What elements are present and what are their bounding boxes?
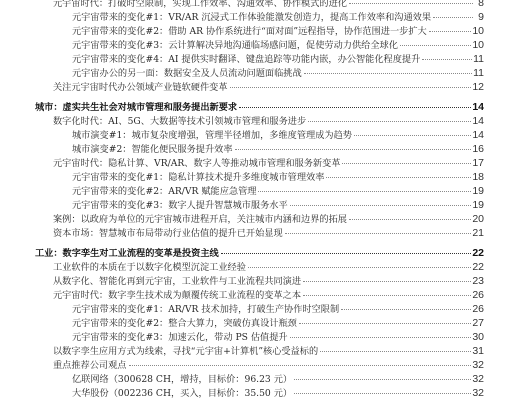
dot-leader bbox=[304, 73, 472, 74]
toc-entry-title: 资本市场：智慧城市布局带动行业估值的提升已开始显现 bbox=[53, 227, 283, 241]
dot-leader bbox=[400, 45, 471, 46]
toc-entry-page-number: 26 bbox=[472, 288, 484, 302]
toc-entry-page-number: 14 bbox=[472, 128, 484, 142]
toc-entry-title: 元宇宙带来的变化#3：数字人提升智慧城市服务水平 bbox=[72, 199, 288, 213]
dot-leader bbox=[230, 87, 472, 88]
toc-subsubsection[interactable]: 大华股份（002236 CH，买入，目标价：35.50 元） 32 bbox=[0, 386, 520, 400]
toc-entry-title: 工业软件的本质在于以数字化模型沉淀工业经验 bbox=[53, 261, 246, 275]
toc-entry-page-number: 10 bbox=[472, 24, 484, 38]
dot-leader bbox=[320, 351, 471, 352]
toc-entry-page-number: 8 bbox=[474, 0, 484, 10]
toc-entry-title: 城市演变#2：智能化便民服务提升效率 bbox=[72, 143, 233, 157]
toc-subsection[interactable]: 重点推荐公司观点 32 bbox=[0, 358, 520, 372]
toc-entry-title: 元宇宙带来的变化#1：AR/VR 技术加持，打破生产协作时空限制 bbox=[72, 303, 339, 317]
toc-subsubsection[interactable]: 城市演变#2：智能化便民服务提升效率 16 bbox=[0, 142, 520, 156]
toc-entry-page-number: 10 bbox=[472, 38, 484, 52]
dot-leader bbox=[258, 191, 471, 192]
dot-leader bbox=[308, 121, 471, 122]
toc-subsection[interactable]: 工业软件的本质在于以数字化模型沉淀工业经验 22 bbox=[0, 260, 520, 274]
toc-subsection[interactable]: 数字化时代：AI、5G、大数据等技术引领城市管理和服务进步 14 bbox=[0, 114, 520, 128]
toc-entry-title: 元宇宙带来的变化#2：借助 AR 协作系统进行“面对面”远程指导，协作范围进一步… bbox=[72, 25, 427, 39]
toc-subsubsection[interactable]: 城市演变#1：城市复杂度增强，管理半径增加，多维度管理成为趋势 14 bbox=[0, 128, 520, 142]
toc-entry-page-number: 19 bbox=[472, 198, 484, 212]
dot-leader bbox=[349, 3, 473, 4]
toc-entry-title: 元宇宙带来的变化#1：隐私计算技术提升多维度城市管理效率 bbox=[72, 171, 324, 185]
dot-leader bbox=[349, 219, 471, 220]
toc-section-heading[interactable]: 城市：虚实共生社会对城市管理和服务提出新要求 14 bbox=[0, 100, 520, 114]
dot-leader bbox=[239, 107, 471, 108]
toc-entry-page-number: 21 bbox=[472, 226, 484, 240]
toc-subsubsection[interactable]: 元宇宙带来的变化#2：AR/VR 赋能应急管理 19 bbox=[0, 184, 520, 198]
toc-subsection[interactable]: 元宇宙时代：数字孪生技术成为颠覆传统工业流程的变革之本 26 bbox=[0, 288, 520, 302]
toc-entry-page-number: 17 bbox=[472, 156, 484, 170]
toc-entry-page-number: 32 bbox=[472, 372, 484, 386]
toc-entry-title: 亿联网络（300628 CH，增持，目标价：96.23 元） bbox=[72, 373, 292, 387]
dot-leader bbox=[221, 253, 472, 254]
dot-leader bbox=[248, 267, 471, 268]
toc-subsection[interactable]: 资本市场：智慧城市布局带动行业估值的提升已开始显现 21 bbox=[0, 226, 520, 240]
toc-entry-title: 案例：以政府为单位的元宇宙城市进程开启，关注城市内涵和边界的拓展 bbox=[53, 213, 347, 227]
toc-subsection[interactable]: 元宇宙时代：打破时空限制，实现工作效率、沟通效率、协作模式的进化 8 bbox=[0, 0, 520, 10]
dot-leader bbox=[294, 379, 471, 380]
dot-leader bbox=[294, 393, 471, 394]
toc-subsubsection[interactable]: 元宇宙带来的变化#3：云计算解决异地沟通临场感问题，促使劳动力供给全球化 10 bbox=[0, 38, 520, 52]
toc-subsubsection[interactable]: 元宇宙办公的另一面：数据安全及人员流动问题面临挑战 11 bbox=[0, 66, 520, 80]
toc-entry-title: 城市演变#1：城市复杂度增强，管理半径增加，多维度管理成为趋势 bbox=[72, 129, 352, 143]
toc-entry-title: 重点推荐公司观点 bbox=[53, 359, 127, 373]
toc-entry-page-number: 20 bbox=[472, 212, 484, 226]
toc-entry-page-number: 31 bbox=[472, 344, 484, 358]
toc-subsection[interactable]: 以数字孪生应用方式为线索，寻找“元宇宙+计算机”核心受益标的 31 bbox=[0, 344, 520, 358]
toc-entry-page-number: 19 bbox=[472, 184, 484, 198]
dot-leader bbox=[354, 135, 471, 136]
dot-leader bbox=[303, 281, 471, 282]
toc-entry-page-number: 30 bbox=[472, 330, 484, 344]
toc-subsection[interactable]: 关注元宇宙时代办公领域产业链软硬件变革 12 bbox=[0, 80, 520, 94]
toc-entry-page-number: 14 bbox=[472, 100, 484, 114]
dot-leader bbox=[303, 295, 471, 296]
toc-entry-title: 元宇宙带来的变化#4：AI 提供实时翻译、键盘追踪等功能内嵌，办公智能化程度提升 bbox=[72, 53, 420, 67]
dot-leader bbox=[429, 31, 472, 32]
toc-subsubsection[interactable]: 亿联网络（300628 CH，增持，目标价：96.23 元） 32 bbox=[0, 372, 520, 386]
toc-subsubsection[interactable]: 元宇宙带来的变化#1：隐私计算技术提升多维度城市管理效率 18 bbox=[0, 170, 520, 184]
toc-entry-title: 元宇宙带来的变化#2：整合大算力，突破仿真设计瓶颈 bbox=[72, 317, 297, 331]
toc-subsubsection[interactable]: 元宇宙带来的变化#2：借助 AR 协作系统进行“面对面”远程指导，协作范围进一步… bbox=[0, 24, 520, 38]
toc-subsection[interactable]: 元宇宙时代：隐私计算、VR/AR、数字人等推动城市管理和服务新变革 17 bbox=[0, 156, 520, 170]
dot-leader bbox=[235, 149, 472, 150]
toc-entry-title: 元宇宙带来的变化#3：加速云化，带动 PS 估值提升 bbox=[72, 331, 288, 345]
toc-entry-title: 元宇宙带来的变化#1：VR/AR 沉浸式工作体验能激发创造力，提高工作效率和沟通… bbox=[72, 11, 431, 25]
toc-entry-page-number: 22 bbox=[472, 246, 484, 260]
table-of-contents: 元宇宙时代：打破时空限制，实现工作效率、沟通效率、协作模式的进化 8 元宇宙带来… bbox=[0, 0, 520, 400]
dot-leader bbox=[433, 17, 473, 18]
toc-entry-title: 大华股份（002236 CH，买入，目标价：35.50 元） bbox=[72, 387, 292, 400]
toc-subsection[interactable]: 案例：以政府为单位的元宇宙城市进程开启，关注城市内涵和边界的拓展 20 bbox=[0, 212, 520, 226]
toc-entry-page-number: 32 bbox=[472, 386, 484, 400]
toc-entry-title: 工业：数字孪生对工业流程的变革是投资主线 bbox=[35, 247, 219, 261]
dot-leader bbox=[341, 309, 471, 310]
toc-subsubsection[interactable]: 元宇宙带来的变化#2：整合大算力，突破仿真设计瓶颈 27 bbox=[0, 316, 520, 330]
toc-entry-title: 元宇宙带来的变化#3：云计算解决异地沟通临场感问题，促使劳动力供给全球化 bbox=[72, 39, 398, 53]
toc-entry-title: 元宇宙带来的变化#2：AR/VR 赋能应急管理 bbox=[72, 185, 256, 199]
toc-entry-title: 从数字化、智能化再到元宇宙，工业软件与工业流程共同演进 bbox=[53, 275, 301, 289]
toc-entry-title: 关注元宇宙时代办公领域产业链软硬件变革 bbox=[53, 81, 228, 95]
toc-entry-title: 数字化时代：AI、5G、大数据等技术引领城市管理和服务进步 bbox=[53, 115, 306, 129]
toc-subsubsection[interactable]: 元宇宙带来的变化#3：数字人提升智慧城市服务水平 19 bbox=[0, 198, 520, 212]
toc-entry-page-number: 11 bbox=[473, 52, 484, 66]
toc-entry-title: 元宇宙时代：隐私计算、VR/AR、数字人等推动城市管理和服务新变革 bbox=[53, 157, 340, 171]
toc-entry-page-number: 32 bbox=[472, 358, 484, 372]
toc-entry-page-number: 26 bbox=[472, 302, 484, 316]
dot-leader bbox=[129, 365, 472, 366]
toc-entry-page-number: 14 bbox=[472, 114, 484, 128]
toc-entry-page-number: 12 bbox=[472, 80, 484, 94]
toc-entry-page-number: 23 bbox=[472, 274, 484, 288]
dot-leader bbox=[299, 323, 471, 324]
toc-subsubsection[interactable]: 元宇宙带来的变化#3：加速云化，带动 PS 估值提升 30 bbox=[0, 330, 520, 344]
dot-leader bbox=[422, 59, 472, 60]
dot-leader bbox=[290, 205, 472, 206]
toc-entry-page-number: 11 bbox=[473, 66, 484, 80]
toc-section-heading[interactable]: 工业：数字孪生对工业流程的变革是投资主线 22 bbox=[0, 246, 520, 260]
dot-leader bbox=[285, 233, 472, 234]
toc-subsection[interactable]: 从数字化、智能化再到元宇宙，工业软件与工业流程共同演进 23 bbox=[0, 274, 520, 288]
toc-entry-page-number: 9 bbox=[474, 10, 484, 24]
toc-entry-title: 以数字孪生应用方式为线索，寻找“元宇宙+计算机”核心受益标的 bbox=[53, 345, 318, 359]
toc-entry-page-number: 16 bbox=[472, 142, 484, 156]
dot-leader bbox=[290, 337, 472, 338]
toc-entry-title: 元宇宙办公的另一面：数据安全及人员流动问题面临挑战 bbox=[72, 67, 302, 81]
toc-subsubsection[interactable]: 元宇宙带来的变化#1：VR/AR 沉浸式工作体验能激发创造力，提高工作效率和沟通… bbox=[0, 10, 520, 24]
dot-leader bbox=[342, 163, 471, 164]
toc-entry-title: 城市：虚实共生社会对城市管理和服务提出新要求 bbox=[35, 101, 237, 115]
toc-entry-page-number: 18 bbox=[472, 170, 484, 184]
toc-entry-page-number: 22 bbox=[472, 260, 484, 274]
toc-subsubsection[interactable]: 元宇宙带来的变化#1：AR/VR 技术加持，打破生产协作时空限制 26 bbox=[0, 302, 520, 316]
toc-entry-title: 元宇宙时代：数字孪生技术成为颠覆传统工业流程的变革之本 bbox=[53, 289, 301, 303]
dot-leader bbox=[326, 177, 471, 178]
toc-entry-page-number: 27 bbox=[472, 316, 484, 330]
toc-subsubsection[interactable]: 元宇宙带来的变化#4：AI 提供实时翻译、键盘追踪等功能内嵌，办公智能化程度提升… bbox=[0, 52, 520, 66]
